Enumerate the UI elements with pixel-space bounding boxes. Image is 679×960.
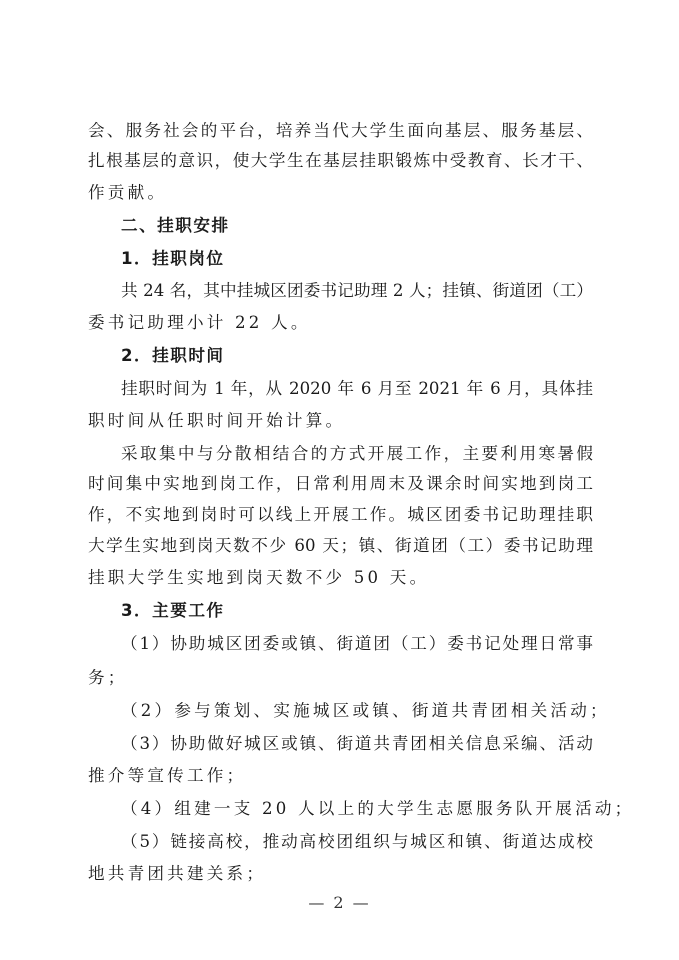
paragraph-line: 挂职时间为 1 年，从 2020 年 6 月至 2021 年 6 月，具体挂 — [121, 378, 593, 400]
paragraph-line: 地共青团共建关系； — [88, 863, 593, 885]
page-number: — 2 — — [0, 893, 679, 912]
paragraph-line: 委书记助理小计 22 人。 — [88, 312, 593, 334]
paragraph-line: 扎根基层的意识，使大学生在基层挂职锻炼中受教育、长才干、 — [88, 150, 593, 172]
paragraph-line: 推介等宣传工作； — [88, 765, 593, 787]
paragraph-line: 作，不实地到岗时可以线上开展工作。城区团委书记助理挂职 — [88, 504, 593, 526]
paragraph-line: 大学生实地到岗天数不少 60 天；镇、街道团（工）委书记助理 — [88, 535, 593, 557]
document-page: 会、服务社会的平台，培养当代大学生面向基层、服务基层、扎根基层的意识，使大学生在… — [0, 0, 679, 960]
paragraph-line: （4）组建一支 20 人以上的大学生志愿服务队开展活动； — [121, 798, 593, 820]
paragraph-line: （1）协助城区团委或镇、街道团（工）委书记处理日常事 — [121, 633, 593, 655]
paragraph-line: 职时间从任职时间开始计算。 — [88, 410, 593, 432]
section-heading: 1．挂职岗位 — [121, 248, 593, 270]
paragraph-line: 务； — [88, 667, 593, 689]
paragraph-line: （3）协助做好城区或镇、街道共青团相关信息采编、活动 — [121, 733, 593, 755]
paragraph-line: 会、服务社会的平台，培养当代大学生面向基层、服务基层、 — [88, 120, 593, 142]
section-heading: 2．挂职时间 — [121, 345, 593, 367]
section-heading: 二、挂职安排 — [121, 215, 593, 237]
paragraph-line: （2）参与策划、实施城区或镇、街道共青团相关活动； — [121, 700, 593, 722]
paragraph-line: 作贡献。 — [88, 182, 593, 204]
paragraph-line: （5）链接高校，推动高校团组织与城区和镇、街道达成校 — [121, 831, 593, 853]
paragraph-line: 挂职大学生实地到岗天数不少 50 天。 — [88, 567, 593, 589]
paragraph-line: 共 24 名，其中挂城区团委书记助理 2 人；挂镇、街道团（工） — [121, 280, 593, 302]
section-heading: 3．主要工作 — [121, 600, 593, 622]
paragraph-line: 采取集中与分散相结合的方式开展工作，主要利用寒暑假 — [121, 443, 593, 465]
paragraph-line: 时间集中实地到岗工作，日常利用周末及课余时间实地到岗工 — [88, 473, 593, 495]
